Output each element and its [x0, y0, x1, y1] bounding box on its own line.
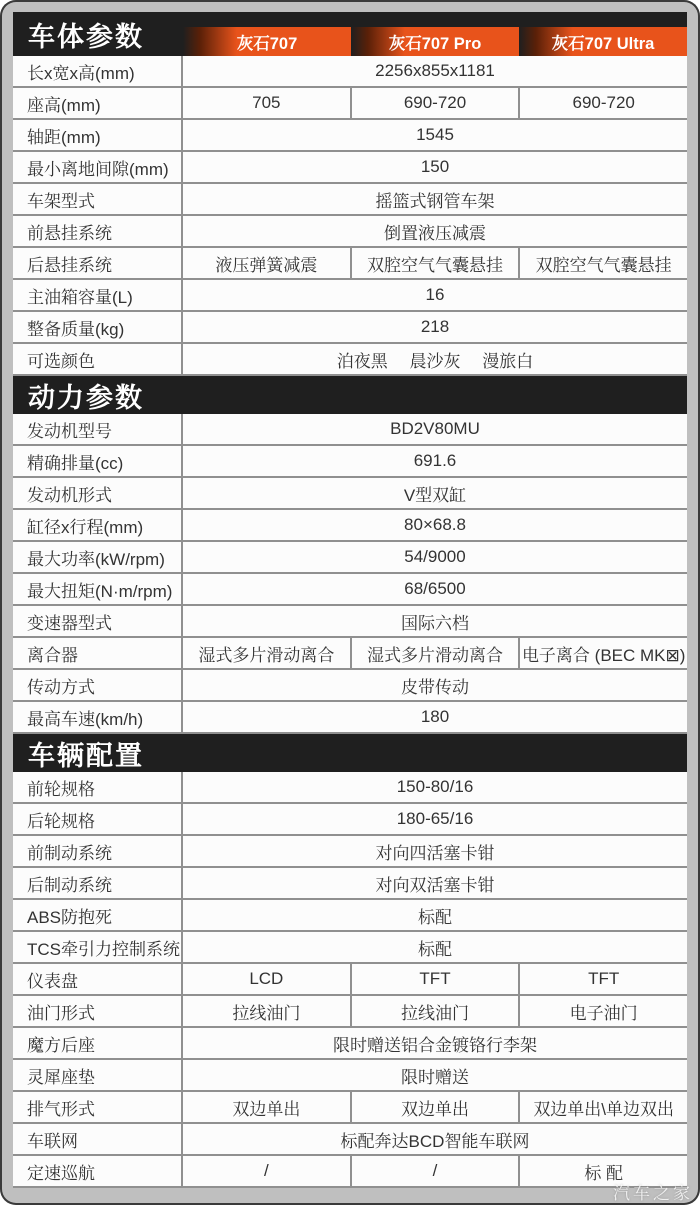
spec-row: 魔方后座限时赠送铝合金镀铬行李架: [13, 1028, 687, 1060]
section-title: 车体参数: [13, 12, 183, 56]
spec-row: 排气形式双边单出双边单出双边单出\单边双出: [13, 1092, 687, 1124]
spec-row: 灵犀座垫限时赠送: [13, 1060, 687, 1092]
spec-row: 整备质量(kg)218: [13, 312, 687, 344]
spec-label: 魔方后座: [13, 1028, 183, 1058]
spec-value: 双边单出\单边双出: [518, 1092, 687, 1122]
spec-row: 离合器湿式多片滑动离合湿式多片滑动离合电子离合 (BEC MK⊠): [13, 638, 687, 670]
spec-label: 主油箱容量(L): [13, 280, 183, 310]
spec-label: 离合器: [13, 638, 183, 668]
spec-label: 后制动系统: [13, 868, 183, 898]
spec-value: 218: [183, 312, 687, 342]
section-header: 车辆配置: [13, 734, 687, 772]
spec-label: 缸径x行程(mm): [13, 510, 183, 540]
spec-value: 湿式多片滑动离合: [183, 638, 350, 668]
spec-row: 最高车速(km/h)180: [13, 702, 687, 734]
spec-value: V型双缸: [183, 478, 687, 508]
spec-value: 180-65/16: [183, 804, 687, 834]
spec-label: 前轮规格: [13, 772, 183, 802]
spec-value: 对向双活塞卡钳: [183, 868, 687, 898]
spec-label: 长x宽x高(mm): [13, 56, 183, 86]
spec-label: 前悬挂系统: [13, 216, 183, 246]
spec-row: 定速巡航//标 配: [13, 1156, 687, 1188]
spec-row: 座高(mm)705690-720690-720: [13, 88, 687, 120]
spec-label: 变速器型式: [13, 606, 183, 636]
spec-value: 690-720: [518, 88, 687, 118]
spec-value: 电子离合 (BEC MK⊠): [518, 638, 687, 668]
spec-row: 前悬挂系统倒置液压减震: [13, 216, 687, 248]
section-header: 车体参数灰石707灰石707 Pro灰石707 Ultra: [13, 12, 687, 56]
spec-label: 车联网: [13, 1124, 183, 1154]
spec-row: 最大功率(kW/rpm)54/9000: [13, 542, 687, 574]
watermark: 汽车之家: [613, 1179, 693, 1204]
spec-row: 发动机型号BD2V80MU: [13, 414, 687, 446]
spec-row: 后制动系统对向双活塞卡钳: [13, 868, 687, 900]
spec-value: 双腔空气气囊悬挂: [350, 248, 519, 278]
spec-row: 最小离地间隙(mm)150: [13, 152, 687, 184]
spec-value: 691.6: [183, 446, 687, 476]
spec-label: 传动方式: [13, 670, 183, 700]
spec-value: 2256x855x1181: [183, 56, 687, 86]
spec-row: 长x宽x高(mm)2256x855x1181: [13, 56, 687, 88]
spec-row: 轴距(mm)1545: [13, 120, 687, 152]
spec-value: 拉线油门: [183, 996, 350, 1026]
spec-value: 54/9000: [183, 542, 687, 572]
spec-value: 国际六档: [183, 606, 687, 636]
spec-label: 精确排量(cc): [13, 446, 183, 476]
spec-value: 电子油门: [518, 996, 687, 1026]
spec-row: 仪表盘LCDTFTTFT: [13, 964, 687, 996]
spec-value: TFT: [350, 964, 519, 994]
spec-row: 主油箱容量(L)16: [13, 280, 687, 312]
spec-value: LCD: [183, 964, 350, 994]
spec-row: 传动方式皮带传动: [13, 670, 687, 702]
spec-value: 限时赠送铝合金镀铬行李架: [183, 1028, 687, 1058]
spec-label: 仪表盘: [13, 964, 183, 994]
section-title: 车辆配置: [13, 734, 144, 773]
spec-label: 车架型式: [13, 184, 183, 214]
spec-row: TCS牵引力控制系统标配: [13, 932, 687, 964]
spec-label: 轴距(mm): [13, 120, 183, 150]
spec-value: 液压弹簧减震: [183, 248, 350, 278]
spec-row: 后悬挂系统液压弹簧减震双腔空气气囊悬挂双腔空气气囊悬挂: [13, 248, 687, 280]
spec-row: 前制动系统对向四活塞卡钳: [13, 836, 687, 868]
spec-row: 可选颜色泊夜黑 晨沙灰 漫旅白: [13, 344, 687, 376]
spec-value: 对向四活塞卡钳: [183, 836, 687, 866]
spec-label: 最大功率(kW/rpm): [13, 542, 183, 572]
spec-row: 后轮规格180-65/16: [13, 804, 687, 836]
spec-row: 缸径x行程(mm)80×68.8: [13, 510, 687, 542]
spec-value: 湿式多片滑动离合: [350, 638, 519, 668]
spec-label: 定速巡航: [13, 1156, 183, 1186]
spec-label: 发动机型号: [13, 414, 183, 444]
spec-table: 车体参数灰石707灰石707 Pro灰石707 Ultra长x宽x高(mm)22…: [13, 12, 687, 1188]
model-tab: 灰石707: [183, 27, 351, 56]
spec-value: 标配: [183, 932, 687, 962]
spec-value: BD2V80MU: [183, 414, 687, 444]
spec-row: 变速器型式国际六档: [13, 606, 687, 638]
spec-label: 前制动系统: [13, 836, 183, 866]
spec-value: 68/6500: [183, 574, 687, 604]
spec-value: 双边单出: [350, 1092, 519, 1122]
spec-value: 16: [183, 280, 687, 310]
spec-value: 泊夜黑 晨沙灰 漫旅白: [183, 344, 687, 374]
spec-label: 最大扭矩(N·m/rpm): [13, 574, 183, 604]
spec-value: 限时赠送: [183, 1060, 687, 1090]
spec-value: 1545: [183, 120, 687, 150]
spec-label: 可选颜色: [13, 344, 183, 374]
spec-value: /: [350, 1156, 519, 1186]
spec-label: 发动机形式: [13, 478, 183, 508]
spec-value: 双腔空气气囊悬挂: [518, 248, 687, 278]
spec-sheet-card: 车体参数灰石707灰石707 Pro灰石707 Ultra长x宽x高(mm)22…: [0, 0, 700, 1205]
spec-label: 灵犀座垫: [13, 1060, 183, 1090]
spec-label: 整备质量(kg): [13, 312, 183, 342]
model-tab: 灰石707 Ultra: [519, 27, 687, 56]
spec-row: 车架型式摇篮式钢管车架: [13, 184, 687, 216]
spec-value: 150: [183, 152, 687, 182]
spec-row: 发动机形式V型双缸: [13, 478, 687, 510]
spec-row: 最大扭矩(N·m/rpm)68/6500: [13, 574, 687, 606]
spec-value: /: [183, 1156, 350, 1186]
spec-value: 皮带传动: [183, 670, 687, 700]
spec-label: 后轮规格: [13, 804, 183, 834]
spec-value: 690-720: [350, 88, 519, 118]
section-title: 动力参数: [13, 376, 144, 415]
spec-value: 摇篮式钢管车架: [183, 184, 687, 214]
model-tabs: 灰石707灰石707 Pro灰石707 Ultra: [183, 12, 687, 56]
spec-label: 后悬挂系统: [13, 248, 183, 278]
spec-value: 倒置液压减震: [183, 216, 687, 246]
spec-value: TFT: [518, 964, 687, 994]
spec-value: 标配奔达BCD智能车联网: [183, 1124, 687, 1154]
spec-label: TCS牵引力控制系统: [13, 932, 183, 962]
spec-row: 车联网标配奔达BCD智能车联网: [13, 1124, 687, 1156]
spec-label: 油门形式: [13, 996, 183, 1026]
spec-label: 排气形式: [13, 1092, 183, 1122]
spec-label: 最小离地间隙(mm): [13, 152, 183, 182]
spec-row: ABS防抱死标配: [13, 900, 687, 932]
section-header: 动力参数: [13, 376, 687, 414]
spec-label: 座高(mm): [13, 88, 183, 118]
spec-value: 705: [183, 88, 350, 118]
spec-row: 油门形式拉线油门拉线油门电子油门: [13, 996, 687, 1028]
spec-row: 精确排量(cc)691.6: [13, 446, 687, 478]
model-tab: 灰石707 Pro: [351, 27, 519, 56]
spec-value: 150-80/16: [183, 772, 687, 802]
spec-value: 80×68.8: [183, 510, 687, 540]
spec-value: 标配: [183, 900, 687, 930]
spec-value: 双边单出: [183, 1092, 350, 1122]
spec-row: 前轮规格150-80/16: [13, 772, 687, 804]
spec-label: 最高车速(km/h): [13, 702, 183, 732]
spec-value: 拉线油门: [350, 996, 519, 1026]
spec-value: 180: [183, 702, 687, 732]
spec-label: ABS防抱死: [13, 900, 183, 930]
